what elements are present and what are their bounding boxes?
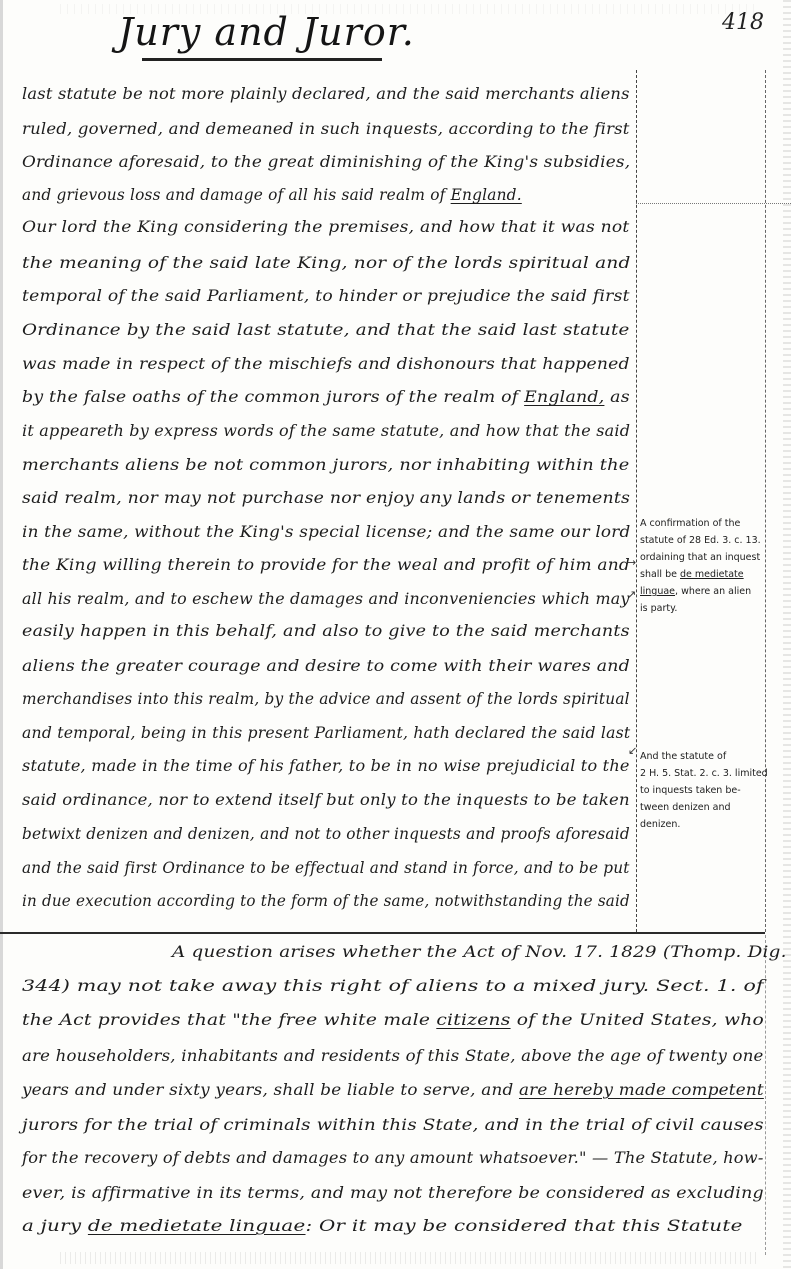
- scan-left-edge: [0, 0, 3, 1269]
- margin-note-line: statute of 28 Ed. 3. c. 13.: [640, 532, 764, 549]
- statute-line: all his realm, and to eschew the damages…: [22, 590, 630, 608]
- margin-note-line: denizen.: [640, 816, 764, 833]
- statute-line: betwixt denizen and denizen, and not to …: [22, 825, 630, 843]
- margin-faint-rule: [636, 203, 791, 204]
- statute-line: merchandises into this realm, by the adv…: [22, 690, 630, 708]
- margin-note-confirmation: A confirmation of the statute of 28 Ed. …: [640, 515, 764, 617]
- statute-line: in the same, without the King's special …: [22, 523, 630, 541]
- statute-line: statute, made in the time of his father,…: [22, 757, 630, 775]
- statute-line: Ordinance by the said last statute, and …: [22, 321, 630, 339]
- statute-line: the King willing therein to provide for …: [22, 556, 630, 574]
- margin-note-line: shall be de medietate: [640, 566, 764, 583]
- margin-note-line: And the statute of: [640, 748, 764, 765]
- statute-line: the meaning of the said late King, nor o…: [22, 254, 631, 272]
- manuscript-page: Jury and Juror. 418 last statute be not …: [0, 0, 791, 1269]
- statute-line: aliens the greater courage and desire to…: [22, 657, 630, 675]
- commentary-line: a jury de medietate linguae: Or it may b…: [22, 1216, 743, 1235]
- margin-note-limitation: And the statute of 2 H. 5. Stat. 2. c. 3…: [640, 748, 764, 833]
- commentary-line: are householders, inhabitants and reside…: [22, 1046, 764, 1065]
- page-number: 418: [722, 10, 764, 35]
- margin-note-line: A confirmation of the: [640, 515, 764, 532]
- scan-right-edge: [783, 0, 791, 1269]
- statute-line: by the false oaths of the common jurors …: [22, 388, 630, 406]
- section-divider: [0, 932, 765, 934]
- statute-line: last statute be not more plainly declare…: [22, 85, 630, 103]
- margin-column-rule: [765, 70, 766, 932]
- pointer-arrow-icon: ↗: [627, 588, 636, 601]
- commentary-line: the Act provides that "the free white ma…: [22, 1010, 764, 1029]
- statute-line: and temporal, being in this present Parl…: [22, 724, 630, 742]
- margin-note-line: 2 H. 5. Stat. 2. c. 3. limited: [640, 765, 764, 782]
- commentary-margin-rule: [765, 935, 766, 1255]
- margin-note-line: is party.: [640, 600, 764, 617]
- statute-line: merchants aliens be not common jurors, n…: [22, 456, 630, 474]
- statute-line: temporal of the said Parliament, to hind…: [22, 287, 630, 305]
- margin-note-line: to inquests taken be-: [640, 782, 764, 799]
- statute-line: easily happen in this behalf, and also t…: [22, 622, 630, 640]
- scan-noise-bottom: [60, 1252, 760, 1264]
- margin-note-line: tween denizen and: [640, 799, 764, 816]
- statute-line: ruled, governed, and demeaned in such in…: [22, 120, 630, 138]
- statute-line: in due execution according to the form o…: [22, 892, 630, 910]
- commentary-line: 344) may not take away this right of ali…: [22, 976, 764, 995]
- statute-line: and the said first Ordinance to be effec…: [22, 859, 630, 877]
- commentary-line: A question arises whether the Act of Nov…: [172, 942, 787, 961]
- statute-line: Ordinance aforesaid, to the great dimini…: [22, 153, 630, 171]
- commentary-line: jurors for the trial of criminals within…: [22, 1115, 764, 1134]
- heading-underline: [142, 58, 382, 61]
- margin-note-line: ordaining that an inquest: [640, 549, 764, 566]
- margin-note-line: linguae, where an alien: [640, 583, 764, 600]
- commentary-line: for the recovery of debts and damages to…: [22, 1148, 764, 1167]
- pointer-arrow-icon: →: [627, 556, 636, 569]
- commentary-line: ever, is affirmative in its terms, and m…: [22, 1183, 764, 1202]
- main-column-rule: [636, 70, 637, 932]
- statute-line: said ordinance, nor to extend itself but…: [22, 791, 630, 809]
- statute-line: was made in respect of the mischiefs and…: [22, 355, 630, 373]
- statute-line: it appeareth by express words of the sam…: [22, 422, 630, 440]
- statute-line: said realm, nor may not purchase nor enj…: [22, 489, 630, 507]
- commentary-line: years and under sixty years, shall be li…: [22, 1080, 764, 1099]
- statute-line: Our lord the King considering the premis…: [22, 218, 629, 236]
- page-heading: Jury and Juror.: [118, 10, 415, 54]
- statute-line: and grievous loss and damage of all his …: [22, 186, 522, 204]
- pointer-arrow-icon: ↙: [628, 744, 637, 757]
